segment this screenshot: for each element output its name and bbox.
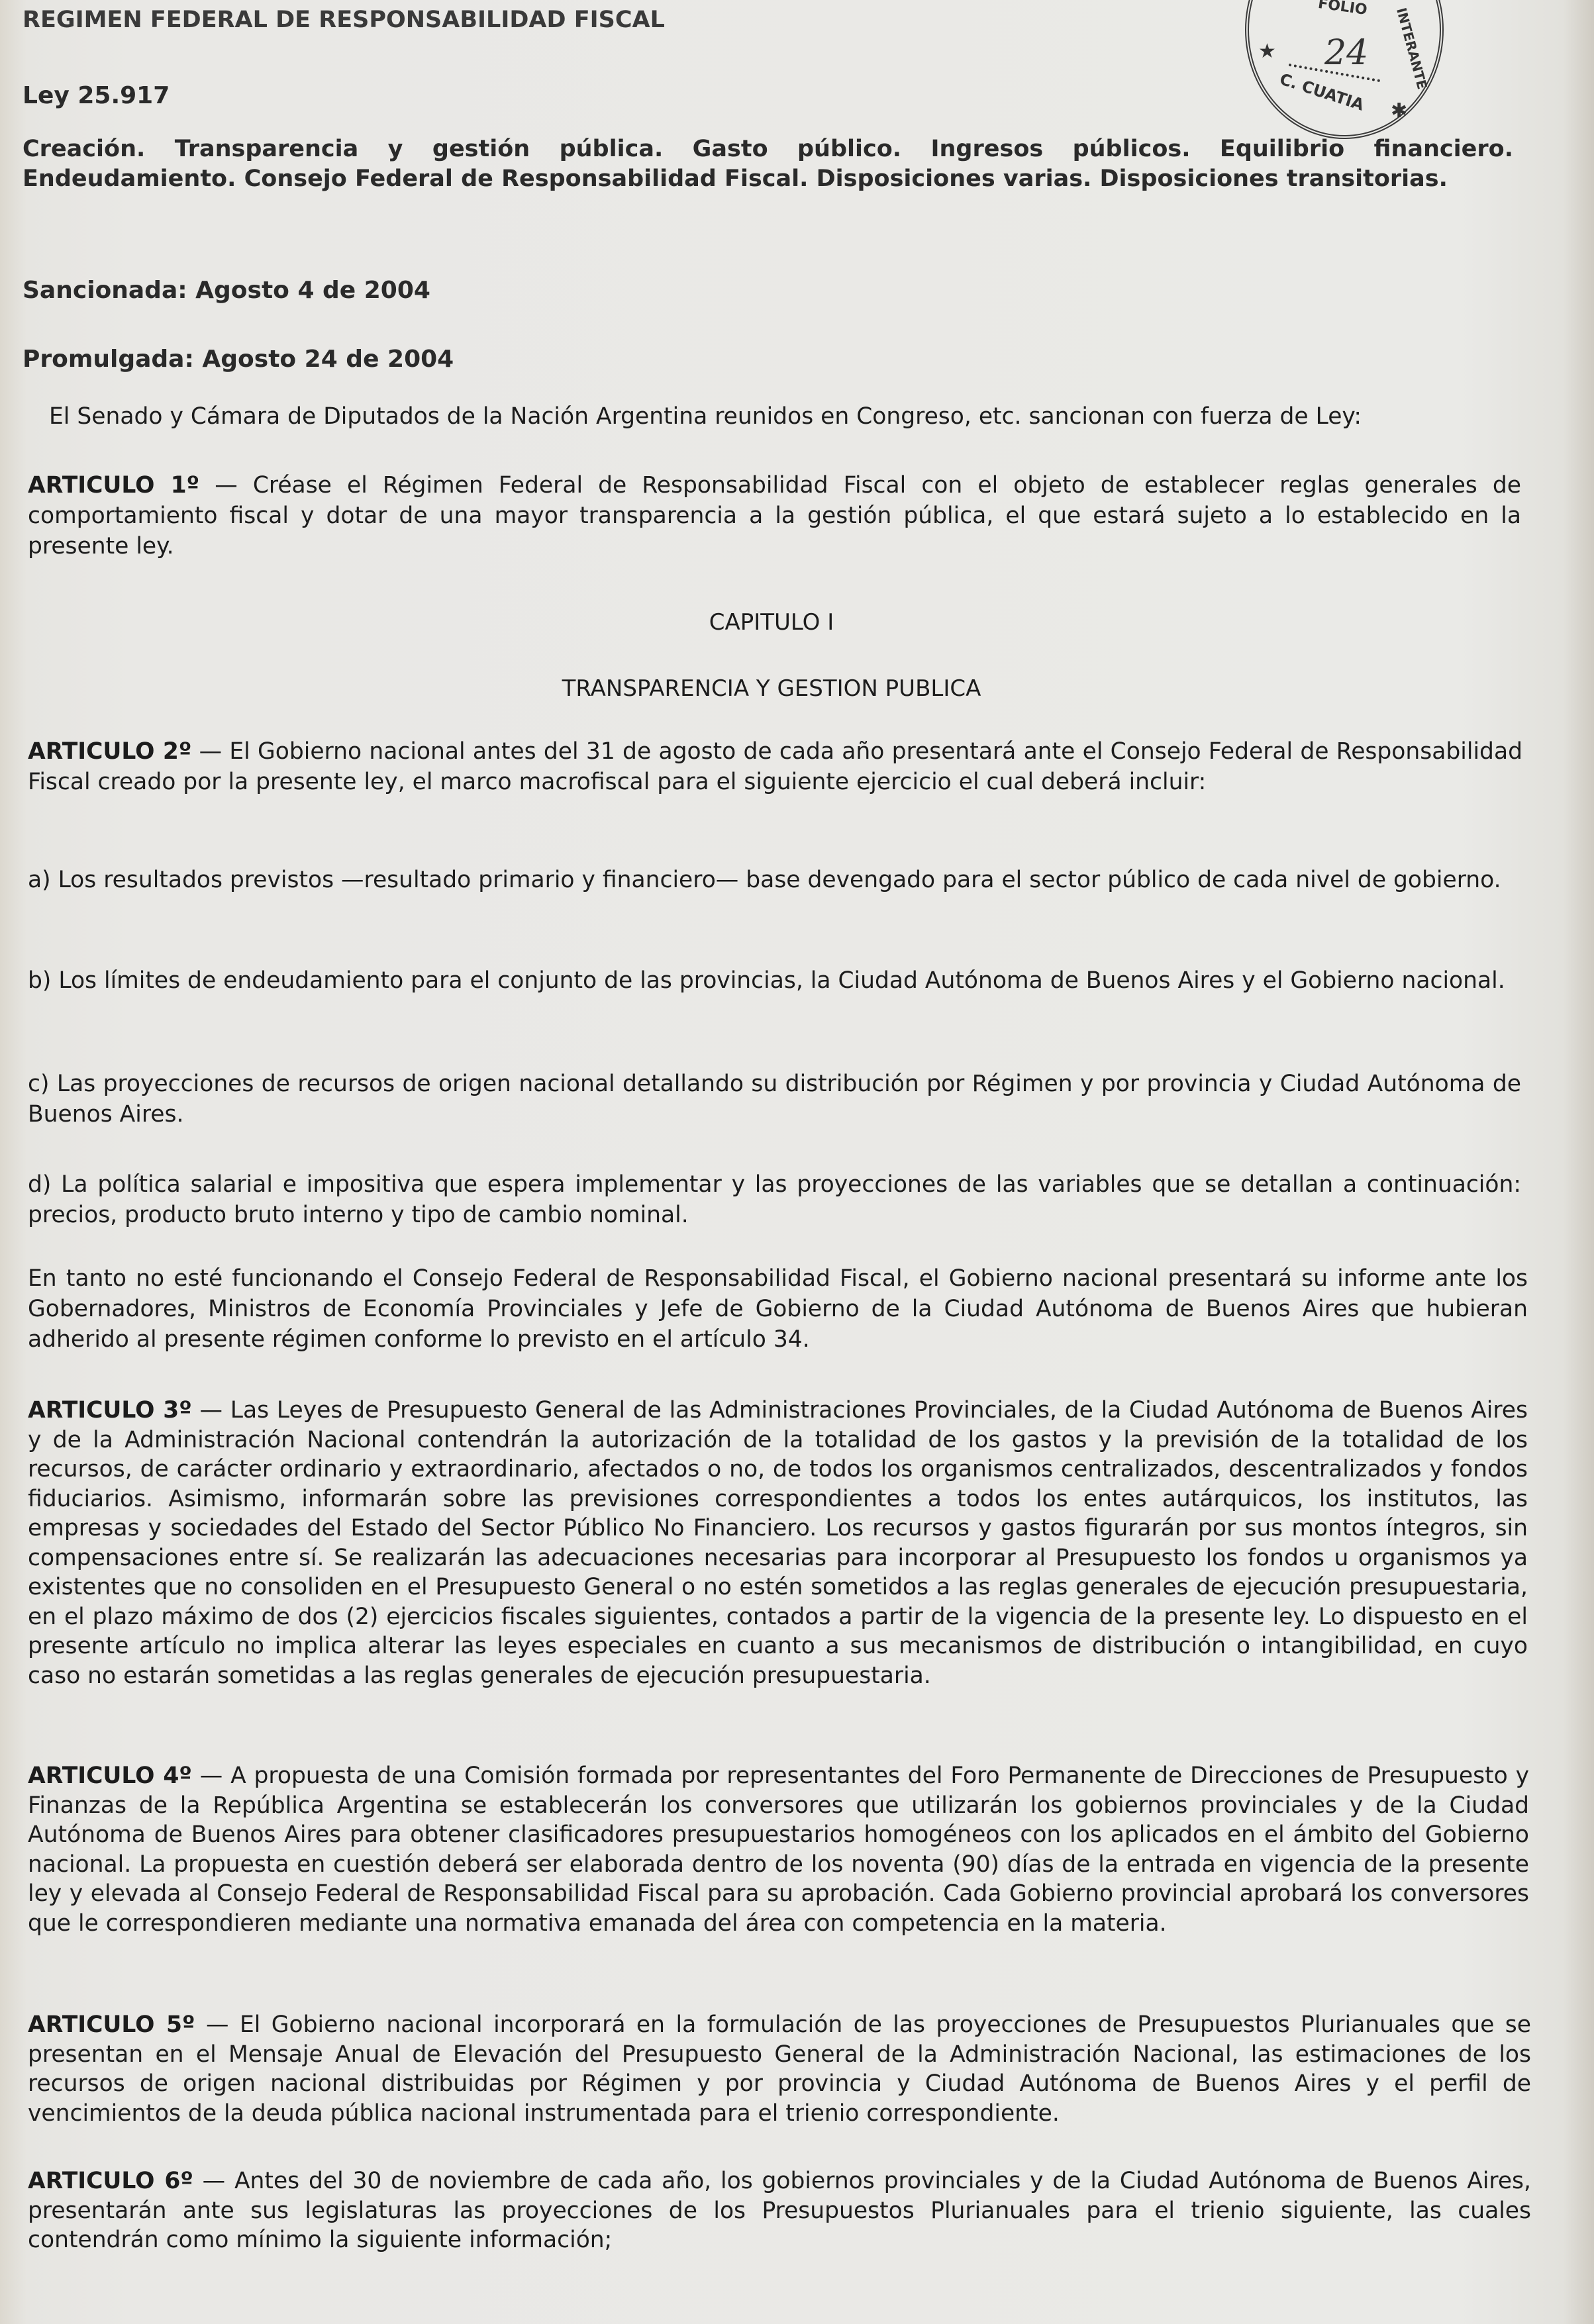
stamp-folio-number: 24 xyxy=(1324,33,1368,73)
article-label: ARTICULO 6º xyxy=(28,2168,193,2194)
article-label: ARTICULO 3º xyxy=(28,1397,192,1424)
promulgated-date: Promulgada: Agosto 24 de 2004 xyxy=(23,346,454,373)
regime-title: REGIMEN FEDERAL DE RESPONSABILIDAD FISCA… xyxy=(23,7,665,33)
article-1: ARTICULO 1º — Créase el Régimen Federal … xyxy=(28,470,1521,561)
article-2-item-b: b) Los límites de endeudamiento para el … xyxy=(28,965,1521,996)
article-label: ARTICULO 1º xyxy=(28,472,199,499)
article-text: — Antes del 30 de noviembre de cada año,… xyxy=(28,2168,1531,2253)
chapter-title: TRANSPARENCIA Y GESTION PUBLICA xyxy=(0,675,1543,702)
article-3: ARTICULO 3º — Las Leyes de Presupuesto G… xyxy=(28,1396,1528,1690)
article-text: — A propuesta de una Comisión formada po… xyxy=(28,1763,1529,1937)
article-2-item-a: a) Los resultados previstos —resultado p… xyxy=(28,865,1521,895)
article-2-closing: En tanto no esté funcionando el Consejo … xyxy=(28,1263,1528,1355)
sanctioned-date: Sancionada: Agosto 4 de 2004 xyxy=(23,277,430,304)
chapter-number: CAPITULO I xyxy=(0,609,1543,636)
article-2: ARTICULO 2º — El Gobierno nacional antes… xyxy=(28,736,1522,797)
article-text: — Créase el Régimen Federal de Responsab… xyxy=(28,472,1521,559)
article-6: ARTICULO 6º — Antes del 30 de noviembre … xyxy=(28,2166,1531,2255)
star-icon: ★ xyxy=(1258,40,1276,63)
article-4: ARTICULO 4º — A propuesta de una Comisió… xyxy=(28,1761,1529,1938)
article-text: — El Gobierno nacional incorporará en la… xyxy=(28,2011,1531,2127)
article-text: — El Gobierno nacional antes del 31 de a… xyxy=(28,738,1522,795)
star-icon: ✱ xyxy=(1391,99,1407,122)
article-5: ARTICULO 5º — El Gobierno nacional incor… xyxy=(28,2010,1531,2128)
article-label: ARTICULO 4º xyxy=(28,1763,192,1789)
article-label: ARTICULO 5º xyxy=(28,2011,195,2038)
article-text: — Las Leyes de Presupuesto General de la… xyxy=(28,1397,1528,1689)
article-label: ARTICULO 2º xyxy=(28,738,191,765)
scanned-page: FOLIO INTERANTE 24 ★ ✱ C. CUATIA REGIMEN… xyxy=(0,0,1594,2324)
law-number: Ley 25.917 xyxy=(23,82,170,109)
law-summary: Creación. Transparencia y gestión públic… xyxy=(23,134,1513,194)
article-2-item-c: c) Las proyecciones de recursos de orige… xyxy=(28,1069,1521,1130)
preamble: El Senado y Cámara de Diputados de la Na… xyxy=(49,401,1541,432)
article-2-item-d: d) La política salarial e impositiva que… xyxy=(28,1169,1521,1230)
